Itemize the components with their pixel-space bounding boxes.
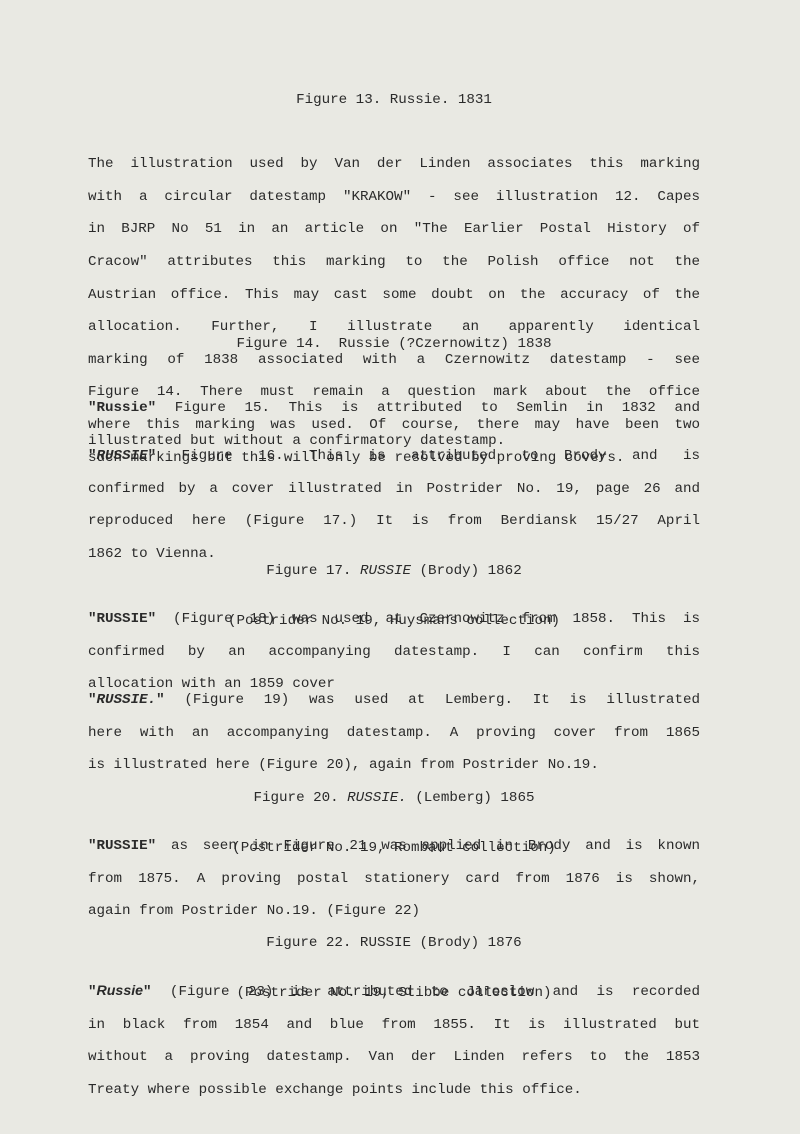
text-line: "RUSSIE." (Figure 19) was used at Lember…	[88, 692, 700, 708]
text-line: reproduced here (Figure 17.) It is from …	[88, 513, 700, 529]
marking-name: "RUSSIE"	[88, 838, 156, 854]
text-line: in BJRP No 51 in an article on "The Earl…	[88, 221, 700, 237]
marking-name: "RUSSIE"	[88, 611, 156, 627]
caption-figure-13: Figure 13. Russie. 1831	[88, 92, 700, 109]
paragraph-jaroslow: "Russie" (Figure 23) is attributed to Ja…	[88, 967, 700, 1115]
marking-name: "Russie"	[88, 984, 152, 1000]
text-span: (Figure 23) is attributed to Jaroslow an…	[152, 984, 700, 1000]
text-line: Cracow" attributes this marking to the P…	[88, 254, 700, 270]
caption-figure-14: Figure 14. Russie (?Czernowitz) 1838	[88, 336, 700, 353]
text-line: confirmed by an accompanying datestamp. …	[88, 644, 700, 660]
text-line: "Russie" Figure 15. This is attributed t…	[88, 400, 700, 416]
marking-name: "RUSSIE."	[88, 692, 165, 708]
text-line: Treaty where possible exchange points in…	[88, 1082, 700, 1098]
text-line: "RUSSIE" as seen in Figure 21 was applie…	[88, 838, 700, 854]
text-line: "RUSSIE" Figure 16. This is attributed t…	[88, 448, 700, 464]
marking-name: "Russie"	[88, 400, 156, 416]
text-span: Figure 15. This is attributed to Semlin …	[156, 400, 700, 416]
text-line: without a proving datestamp. Van der Lin…	[88, 1049, 700, 1065]
text-line: "RUSSIE" (Figure 18) was used at Czernow…	[88, 611, 700, 627]
text-span: (Figure 19) was used at Lemberg. It is i…	[165, 692, 700, 708]
text-line: "Russie" (Figure 23) is attributed to Ja…	[88, 983, 700, 1000]
text-line: The illustration used by Van der Linden …	[88, 156, 700, 172]
text-span: (Figure 18) was used at Czernowitz from …	[156, 611, 700, 627]
text-line: from 1875. A proving postal stationery c…	[88, 871, 700, 887]
text-line: Austrian office. This may cast some doub…	[88, 287, 700, 303]
text-line: here with an accompanying datestamp. A p…	[88, 725, 700, 741]
text-line: in black from 1854 and blue from 1855. I…	[88, 1017, 700, 1033]
text-span: as seen in Figure 21 was applied in Brod…	[156, 838, 700, 854]
marking-name: "RUSSIE"	[88, 448, 156, 464]
text-line: confirmed by a cover illustrated in Post…	[88, 481, 700, 497]
text-line: marking of 1838 associated with a Czerno…	[88, 352, 700, 368]
text-line: allocation. Further, I illustrate an app…	[88, 319, 700, 335]
text-line: with a circular datestamp "KRAKOW" - see…	[88, 189, 700, 205]
text-span: Figure 16. This is attributed to Brody a…	[156, 448, 700, 464]
